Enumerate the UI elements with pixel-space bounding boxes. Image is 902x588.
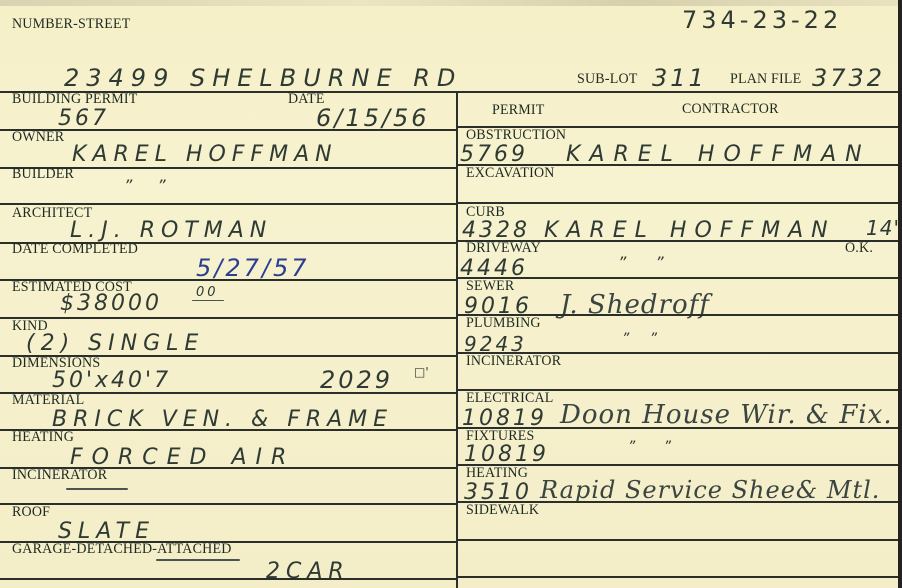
sewer-label: SEWER xyxy=(466,279,514,294)
fixtures-contractor: ” ” xyxy=(628,440,683,454)
owner-label: OWNER xyxy=(12,130,64,145)
estimated-cost-value: $38000 xyxy=(60,293,162,315)
row-divider xyxy=(456,277,898,279)
area-unit: □' xyxy=(414,366,429,378)
fixtures-permit: 10819 xyxy=(464,444,549,466)
curb-contractor: KAREL HOFFMAN xyxy=(544,220,836,242)
sub-lot-value: 311 xyxy=(652,66,707,90)
driveway-label: DRIVEWAY xyxy=(466,241,541,256)
owner-value: KAREL HOFFMAN xyxy=(72,144,338,166)
plumbing-permit: 9243 xyxy=(464,334,527,354)
electrical-contractor: Doon House Wir. & Fix. xyxy=(560,402,893,428)
roof-label: ROOF xyxy=(12,505,50,520)
plumbing-contractor: ” ” xyxy=(622,332,665,346)
plan-file-label: PLAN FILE xyxy=(730,72,801,87)
curb-note: 14' xyxy=(866,218,900,238)
obstruction-contractor: KAREL HOFFMAN xyxy=(566,144,871,166)
driveway-note: O.K. xyxy=(845,241,873,256)
attached-underline xyxy=(156,559,240,561)
row-divider xyxy=(456,539,898,541)
row-divider xyxy=(0,129,456,131)
date-completed-label: DATE COMPLETED xyxy=(12,242,138,257)
row-divider xyxy=(0,317,456,319)
incinerator-underline xyxy=(66,488,128,490)
material-value: BRICK VEN. & FRAME xyxy=(52,409,393,431)
building-permit-value: 567 xyxy=(58,108,109,130)
row-divider xyxy=(0,503,456,505)
builder-label: BUILDER xyxy=(12,167,74,182)
permit-index-card: NUMBER-STREET 734-23-22 23499 SHELBURNE … xyxy=(0,0,902,588)
row-divider xyxy=(456,576,898,578)
parcel-number: 734-23-22 xyxy=(682,8,842,32)
row-divider xyxy=(456,202,898,204)
cents-underline xyxy=(192,300,224,301)
estimated-cost-cents: 00 xyxy=(196,286,219,299)
roof-value: SLATE xyxy=(58,521,155,543)
electrical-label: ELECTRICAL xyxy=(466,391,554,406)
row-divider xyxy=(0,578,456,580)
heating-contractor: Rapid Service Shee& Mtl. xyxy=(540,478,880,502)
number-street-label: NUMBER-STREET xyxy=(12,17,131,32)
dimensions-area: 2029 xyxy=(320,368,393,392)
heating-value: FORCED AIR xyxy=(70,447,295,469)
driveway-contractor: ” ” xyxy=(618,255,676,271)
incinerator-right-label: INCINERATOR xyxy=(466,354,561,369)
incinerator-label: INCINERATOR xyxy=(12,468,107,483)
plumbing-label: PLUMBING xyxy=(466,316,541,331)
address-value: 23499 SHELBURNE RD xyxy=(64,66,462,90)
curb-permit: 4328 xyxy=(462,220,530,242)
architect-value: L.J. ROTMAN xyxy=(70,220,272,242)
contractor-column-header: CONTRACTOR xyxy=(682,102,779,117)
builder-value: ” ” xyxy=(124,178,176,194)
date-completed-value: 5/27/57 xyxy=(196,256,310,280)
plan-file-value: 3732 xyxy=(812,66,885,90)
sub-lot-label: SUB-LOT xyxy=(577,72,638,87)
kind-value: (2) SINGLE xyxy=(26,333,204,355)
garage-label: GARAGE-DETACHED-ATTACHED xyxy=(12,542,232,557)
sidewalk-label: SIDEWALK xyxy=(466,503,539,518)
obstruction-permit: 5769 xyxy=(460,144,528,166)
dimensions-value: 50'x40'7 xyxy=(52,370,171,392)
permit-column-header: PERMIT xyxy=(492,103,545,118)
date-value: 6/15/56 xyxy=(316,106,430,130)
heating-label: HEATING xyxy=(12,430,74,445)
excavation-label: EXCAVATION xyxy=(466,166,555,181)
